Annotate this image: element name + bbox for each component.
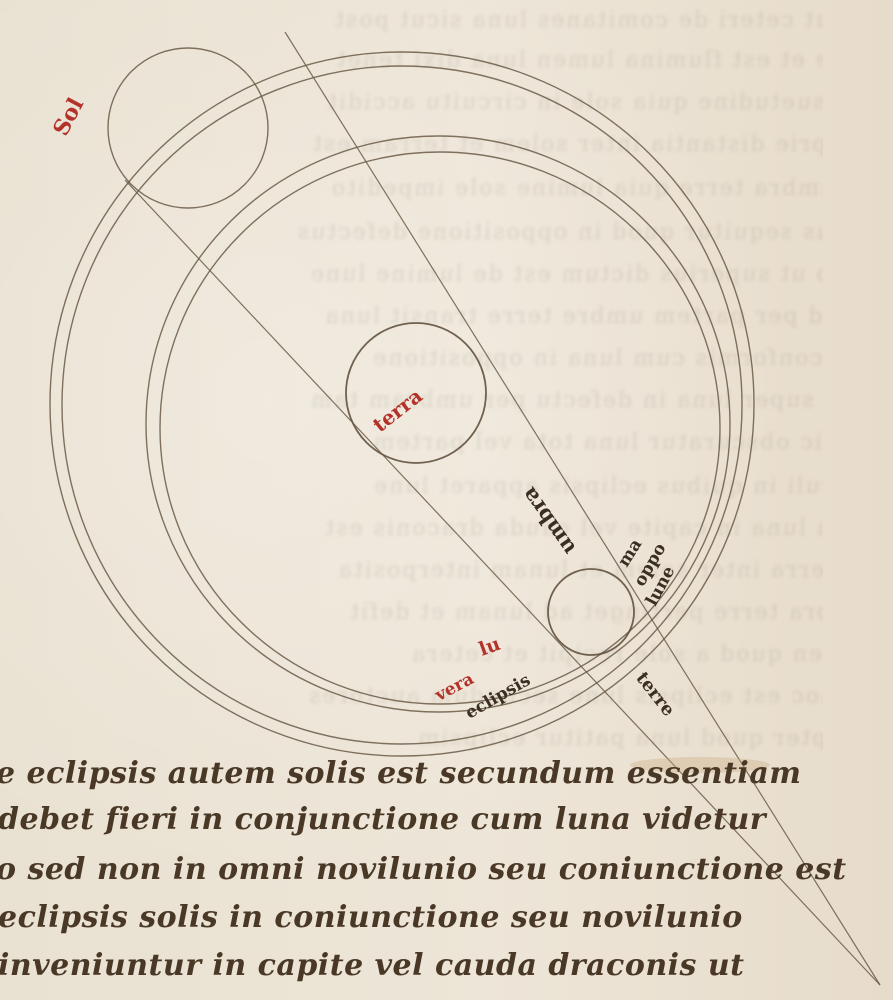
text-line-3: o sed non in omni novilunio seu coniunct… (0, 852, 847, 887)
text-line-1: e eclipsis autem solis est secundum esse… (0, 756, 802, 791)
text-line-4: eclipsis solis in coniunctione seu novil… (0, 900, 743, 935)
moon-orbit-inner (160, 152, 720, 704)
manuscript-page: an ut ceteri de comitanes luna sicut pos… (0, 0, 893, 1000)
sun-circle (108, 48, 268, 208)
text-line-5: inveniuntur in capite vel cauda draconis… (0, 948, 745, 983)
eclipse-diagram (0, 0, 893, 1000)
moon-orbit-outer (146, 136, 730, 712)
moon-circle (548, 569, 634, 655)
shadow-line-upper (285, 32, 880, 985)
text-line-2: debet fieri in conjunctione cum luna vid… (0, 802, 766, 837)
